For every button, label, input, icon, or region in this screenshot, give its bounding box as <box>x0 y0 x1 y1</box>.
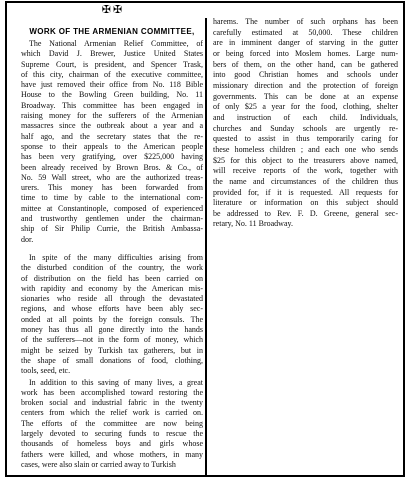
left-column-text: The National Armenian Relief Committee, … <box>21 39 203 470</box>
text-line: churches and Sunday schools are urgently… <box>213 124 398 135</box>
text-line: fathers were killed, and whose mothers, … <box>21 450 203 460</box>
text-line: urers. This money has been forwarded fro… <box>21 183 203 193</box>
paragraph: harems. The number of such orphans has b… <box>213 17 398 230</box>
text-line: bers of them, on the other hand, can be … <box>213 60 398 71</box>
text-line: carefully estimated at 50,000. These chi… <box>213 28 398 39</box>
text-line: tools, seed, etc. <box>21 366 203 376</box>
text-line: of distribution on the field has been ca… <box>21 274 203 284</box>
text-line: the name and circumstances of the childr… <box>213 177 398 188</box>
text-line: quested to assist in thus temporarily ca… <box>213 134 398 145</box>
text-line: will receive reports of the work, togeth… <box>213 166 398 177</box>
text-line: mittee at Constantinople, composed of ex… <box>21 204 203 214</box>
text-line: The efforts of the committee are now bei… <box>21 419 203 429</box>
text-line: regions, and whose efforts have been abl… <box>21 304 203 314</box>
text-line: House to the Bowling Green building, No.… <box>21 90 203 100</box>
text-line: of this city, chairman of the executive … <box>21 70 203 80</box>
paragraph: In spite of the many difficulties arisin… <box>21 253 203 377</box>
text-line: sionaries who reside all through the dev… <box>21 294 203 304</box>
text-line: which David J. Brewer, Justice United St… <box>21 49 203 59</box>
text-line: $25 for this object to the treasurers ab… <box>213 156 398 167</box>
text-line: into good Christian homes and schools un… <box>213 70 398 81</box>
text-line: the disturbed condition of the country, … <box>21 263 203 273</box>
text-line: the shape of small donations of food, cl… <box>21 356 203 366</box>
text-line: might be seized by Turkish tax gatherers… <box>21 346 203 356</box>
text-line: thousands of homeless boys and girls who… <box>21 439 203 449</box>
text-line: of the sufferers—not in the form of mone… <box>21 335 203 345</box>
text-line: retary, No. 11 Broadway. <box>213 219 398 230</box>
text-line: Supreme Court, is president, and Spencer… <box>21 60 203 70</box>
text-line: literature or information on this subjec… <box>213 198 398 209</box>
text-line: The National Armenian Relief Committee, … <box>21 39 203 49</box>
text-line: No. 59 Wall street, who are the authoriz… <box>21 173 203 183</box>
text-line: are in imminent danger of starving in th… <box>213 38 398 49</box>
text-line: or being forced into Moslem homes. Large… <box>213 49 398 60</box>
column-divider-rule <box>205 18 207 476</box>
text-line: cases, were also slain or carried away t… <box>21 460 203 470</box>
text-line: broken social and industrial fabric in t… <box>21 398 203 408</box>
text-line: dor. <box>21 235 203 245</box>
text-line: Broadway. This committee has been engage… <box>21 101 203 111</box>
text-line: In addition to this saving of many lives… <box>21 378 203 388</box>
text-line: and trustworthy gentlemen under the chai… <box>21 214 203 224</box>
text-line: with rapidity and economy by the America… <box>21 284 203 294</box>
text-line: these homeless children ; and each one w… <box>213 145 398 156</box>
text-line: largely devoted to securing funds to res… <box>21 429 203 439</box>
text-line: has been very gratifying, over $225,000 … <box>21 152 203 162</box>
paragraph: In addition to this saving of many lives… <box>21 378 203 471</box>
article-title: WORK OF THE ARMENIAN COMMITTEE, <box>21 27 203 36</box>
text-line: provided for, if it is requested. All re… <box>213 188 398 199</box>
text-line: raising money for the sufferers of the A… <box>21 111 203 121</box>
text-line: and instruction of each child. Individua… <box>213 113 398 124</box>
text-line: governments. This can be done at an expe… <box>213 92 398 103</box>
text-line: onded at all points by the foreign consu… <box>21 315 203 325</box>
document-page: ✠✠ WORK OF THE ARMENIAN COMMITTEE, The N… <box>0 0 409 490</box>
text-line: money has thus all gone directly into th… <box>21 325 203 335</box>
text-line: missionary direction and the protection … <box>213 81 398 92</box>
text-line: work has been accomplished toward restor… <box>21 388 203 398</box>
text-line: be addressed to Rev. F. D. Greene, gener… <box>213 209 398 220</box>
text-line: of only $25 a year for the food, clothin… <box>213 102 398 113</box>
text-line: harems. The number of such orphans has b… <box>213 17 398 28</box>
right-column-text: harems. The number of such orphans has b… <box>213 17 398 230</box>
left-column: ✠✠ WORK OF THE ARMENIAN COMMITTEE, The N… <box>21 3 203 470</box>
text-line: ship of Sir Philip Currie, the British A… <box>21 224 203 234</box>
text-line: In spite of the many difficulties arisin… <box>21 253 203 263</box>
text-line: have just removed their office from No. … <box>21 80 203 90</box>
text-line: massacres since the outbreak about a yea… <box>21 121 203 131</box>
paragraph: The National Armenian Relief Committee, … <box>21 39 203 245</box>
text-line: half ago, and the secretary states that … <box>21 132 203 142</box>
right-column: harems. The number of such orphans has b… <box>213 17 398 230</box>
maltese-cross-icon: ✠✠ <box>21 3 203 16</box>
text-line: been already received by Brown Bros. & C… <box>21 163 203 173</box>
text-line: sponse to their appeals to the American … <box>21 142 203 152</box>
text-line: centers from which the relief work is ca… <box>21 408 203 418</box>
text-line: time to time by cable to the internation… <box>21 193 203 203</box>
